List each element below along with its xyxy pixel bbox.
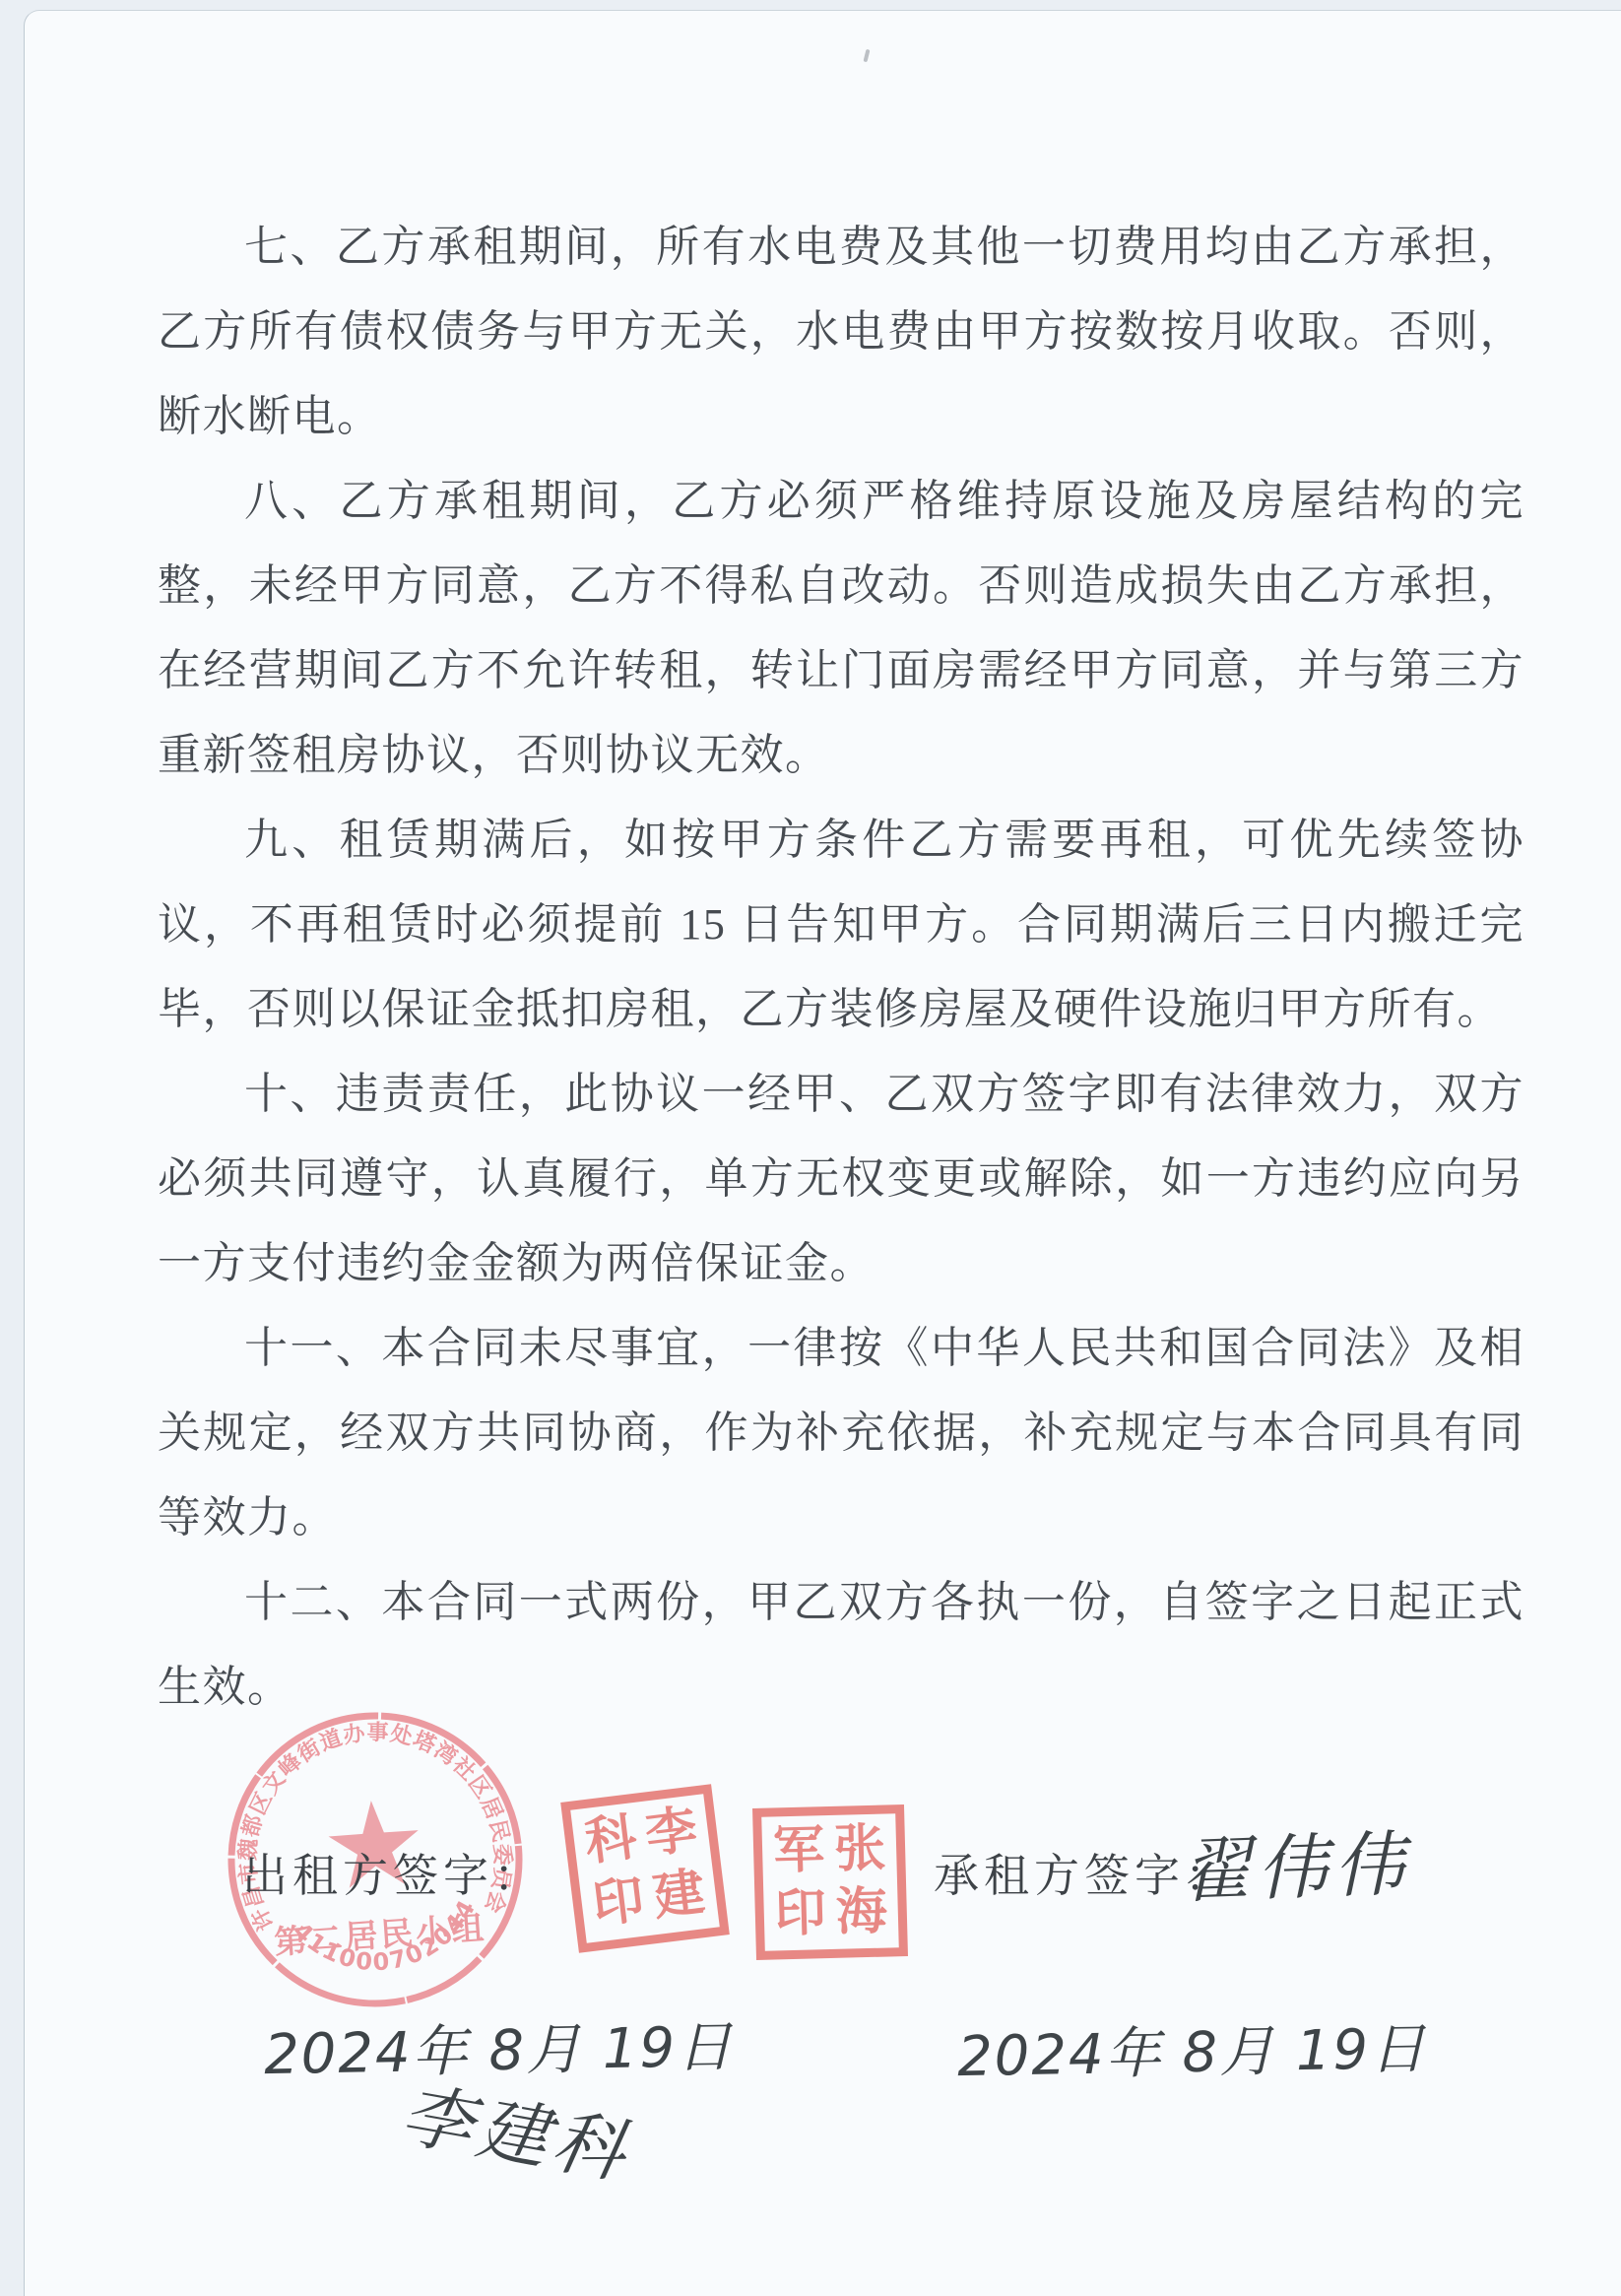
clause-10: 十、违责责任，此协议一经甲、乙双方签字即有法律效力，双方必须共同遵守，认真履行，…	[158, 1052, 1524, 1306]
clause-11: 十一、本合同未尽事宜，一律按《中华人民共和国合同法》及相关规定，经双方共同协商，…	[158, 1306, 1524, 1560]
seal-char: 海	[830, 1880, 893, 1945]
seal-char: 李	[637, 1799, 705, 1869]
square-seal-li-jianke: 科 李 印 建	[560, 1784, 730, 1953]
contract-clauses: 七、乙方承租期间，所有水电费及其他一切费用均由乙方承担，乙方所有债权债务与甲方无…	[158, 205, 1524, 1730]
seal-char: 军	[767, 1819, 830, 1884]
lessor-signature-label: 出租方签字：	[242, 1840, 544, 1905]
clause-7: 七、乙方承租期间，所有水电费及其他一切费用均由乙方承担，乙方所有债权债务与甲方无…	[158, 205, 1524, 459]
clause-9: 九、租赁期满后，如按甲方条件乙方需要再租，可优先续签协议，不再租赁时必须提前 1…	[158, 798, 1524, 1052]
seal-char: 建	[645, 1861, 713, 1931]
seal-char: 印	[584, 1869, 652, 1938]
clause-12: 十二、本合同一式两份，甲乙双方各执一份，自签字之日起正式生效。	[158, 1560, 1524, 1730]
seal-char: 印	[769, 1882, 832, 1947]
seal-char: 科	[577, 1805, 645, 1875]
clause-8: 八、乙方承租期间，乙方必须严格维持原设施及房屋结构的完整，未经甲方同意，乙方不得…	[158, 459, 1524, 798]
square-seal-zhang-haijun: 军 张 印 海	[752, 1804, 908, 1960]
lessee-handwritten-signature: 翟伟伟	[1178, 1806, 1412, 1917]
lessee-date: 2024年 8月 19日	[956, 2005, 1427, 2092]
seal-char: 张	[828, 1817, 891, 1882]
scanned-contract-page: { "contract": { "clauses": [ "七、乙方承租期间，所…	[0, 0, 1621, 2296]
